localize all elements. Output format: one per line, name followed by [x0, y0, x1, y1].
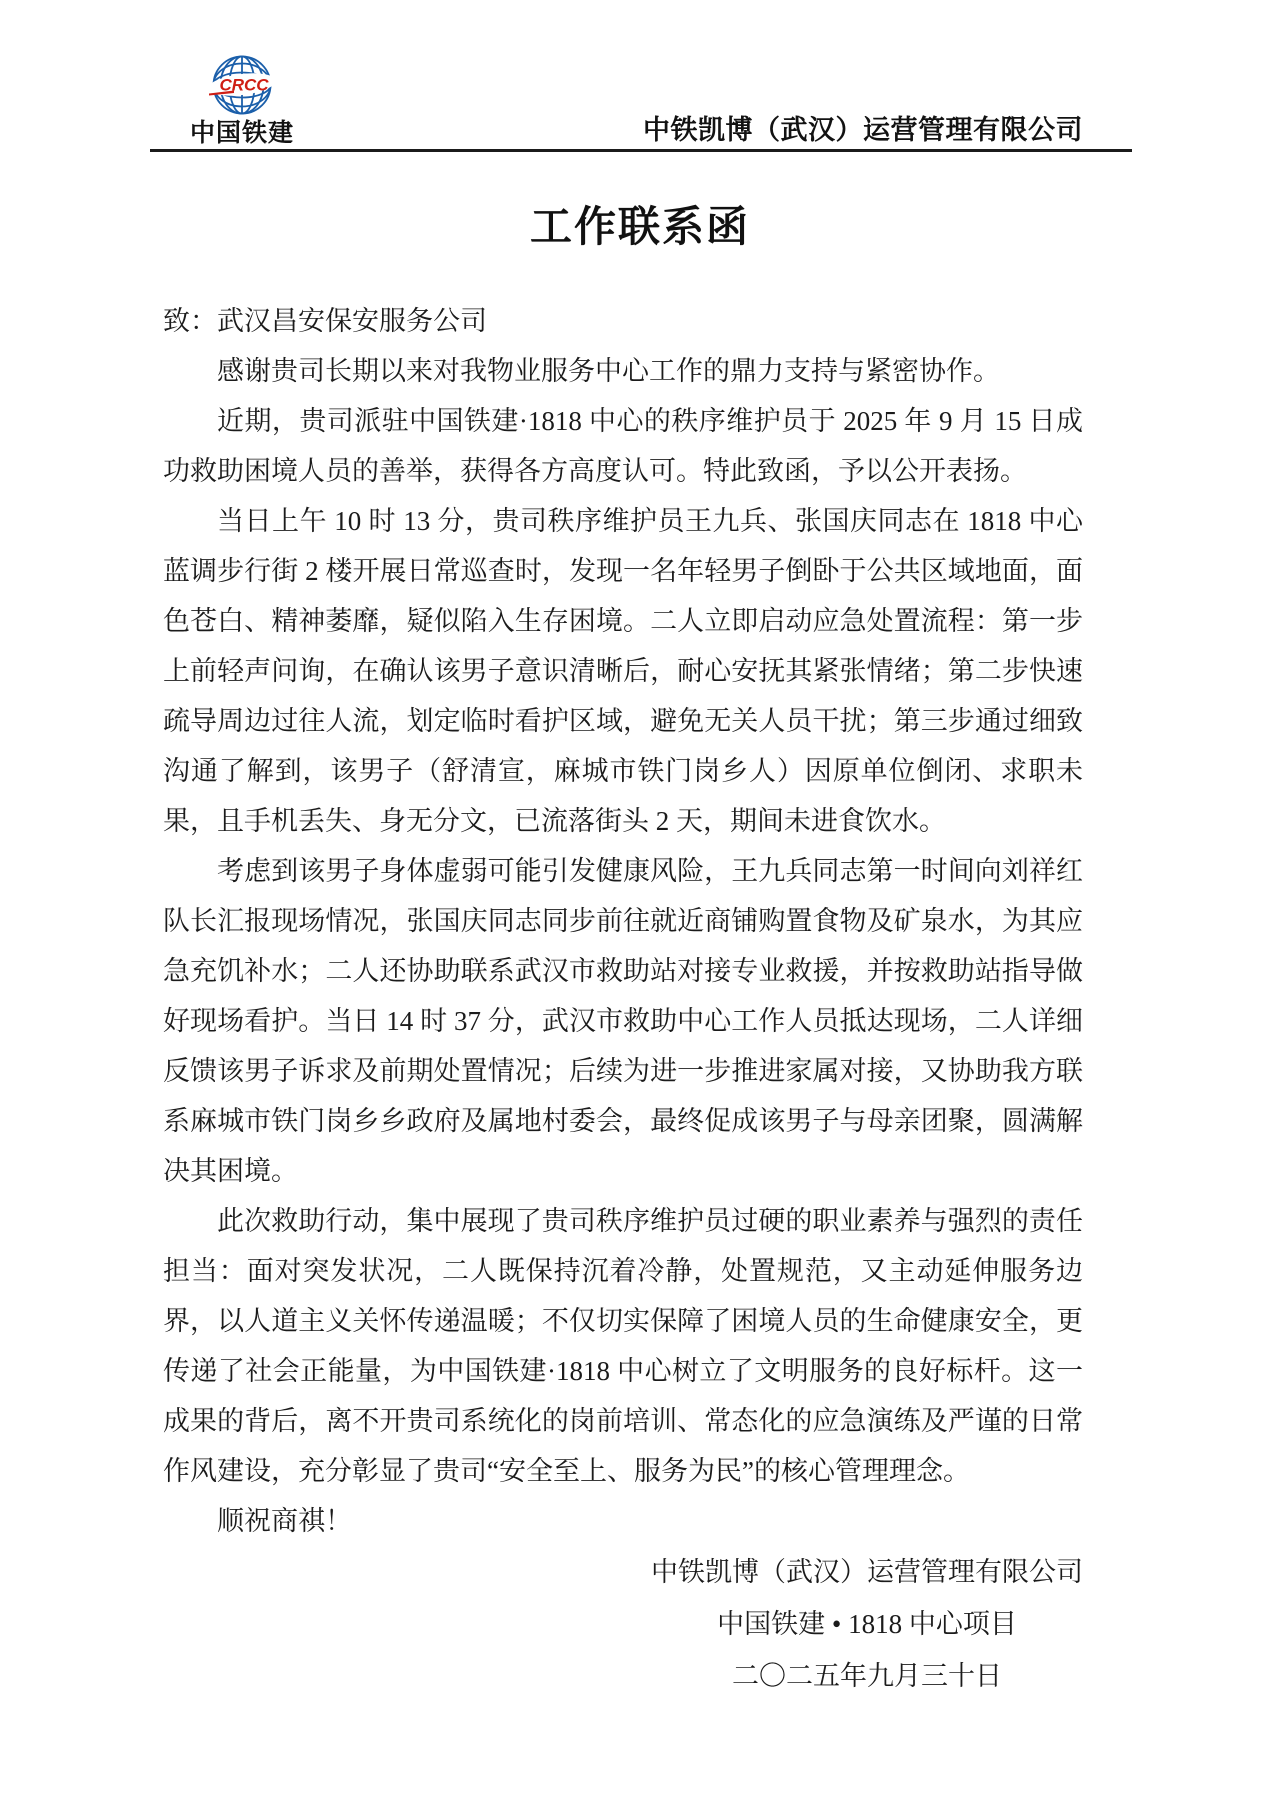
paragraph-commendation: 近期，贵司派驻中国铁建·1818 中心的秩序维护员于 2025 年 9 月 15…	[163, 396, 1083, 496]
header-divider	[150, 149, 1132, 152]
signature-company: 中铁凯博（武汉）运营管理有限公司	[651, 1546, 1083, 1598]
closing-line: 顺祝商祺！	[163, 1496, 1083, 1546]
logo-brand-text: 中国铁建	[186, 121, 298, 146]
document-page: CRCC 中国铁建 中铁凯博（武汉）运营管理有限公司 工作联系函 致：武汉昌安保…	[0, 0, 1280, 1810]
document-title: 工作联系函	[0, 200, 1280, 256]
paragraph-rescue: 考虑到该男子身体虚弱可能引发健康风险，王九兵同志第一时间向刘祥红队长汇报现场情况…	[163, 846, 1083, 1196]
signature-project: 中国铁建 • 1818 中心项目	[651, 1598, 1083, 1650]
crcc-acronym-text: CRCC	[219, 76, 269, 95]
signature-block: 中铁凯博（武汉）运营管理有限公司 中国铁建 • 1818 中心项目 二〇二五年九…	[651, 1546, 1083, 1702]
crcc-globe-icon: CRCC	[198, 54, 286, 120]
letter-body: 致：武汉昌安保安服务公司 感谢贵司长期以来对我物业服务中心工作的鼎力支持与紧密协…	[163, 296, 1083, 1702]
recipient-line: 致：武汉昌安保安服务公司	[163, 296, 1083, 346]
crcc-logo: CRCC 中国铁建	[186, 54, 298, 146]
paragraph-praise: 此次救助行动，集中展现了贵司秩序维护员过硬的职业素养与强烈的责任担当：面对突发状…	[163, 1196, 1083, 1496]
paragraph-incident: 当日上午 10 时 13 分，贵司秩序维护员王九兵、张国庆同志在 1818 中心…	[163, 496, 1083, 846]
paragraph-thanks: 感谢贵司长期以来对我物业服务中心工作的鼎力支持与紧密协作。	[163, 346, 1083, 396]
letterhead-company-name: 中铁凯博（武汉）运营管理有限公司	[643, 108, 1083, 147]
signature-date: 二〇二五年九月三十日	[651, 1650, 1083, 1702]
